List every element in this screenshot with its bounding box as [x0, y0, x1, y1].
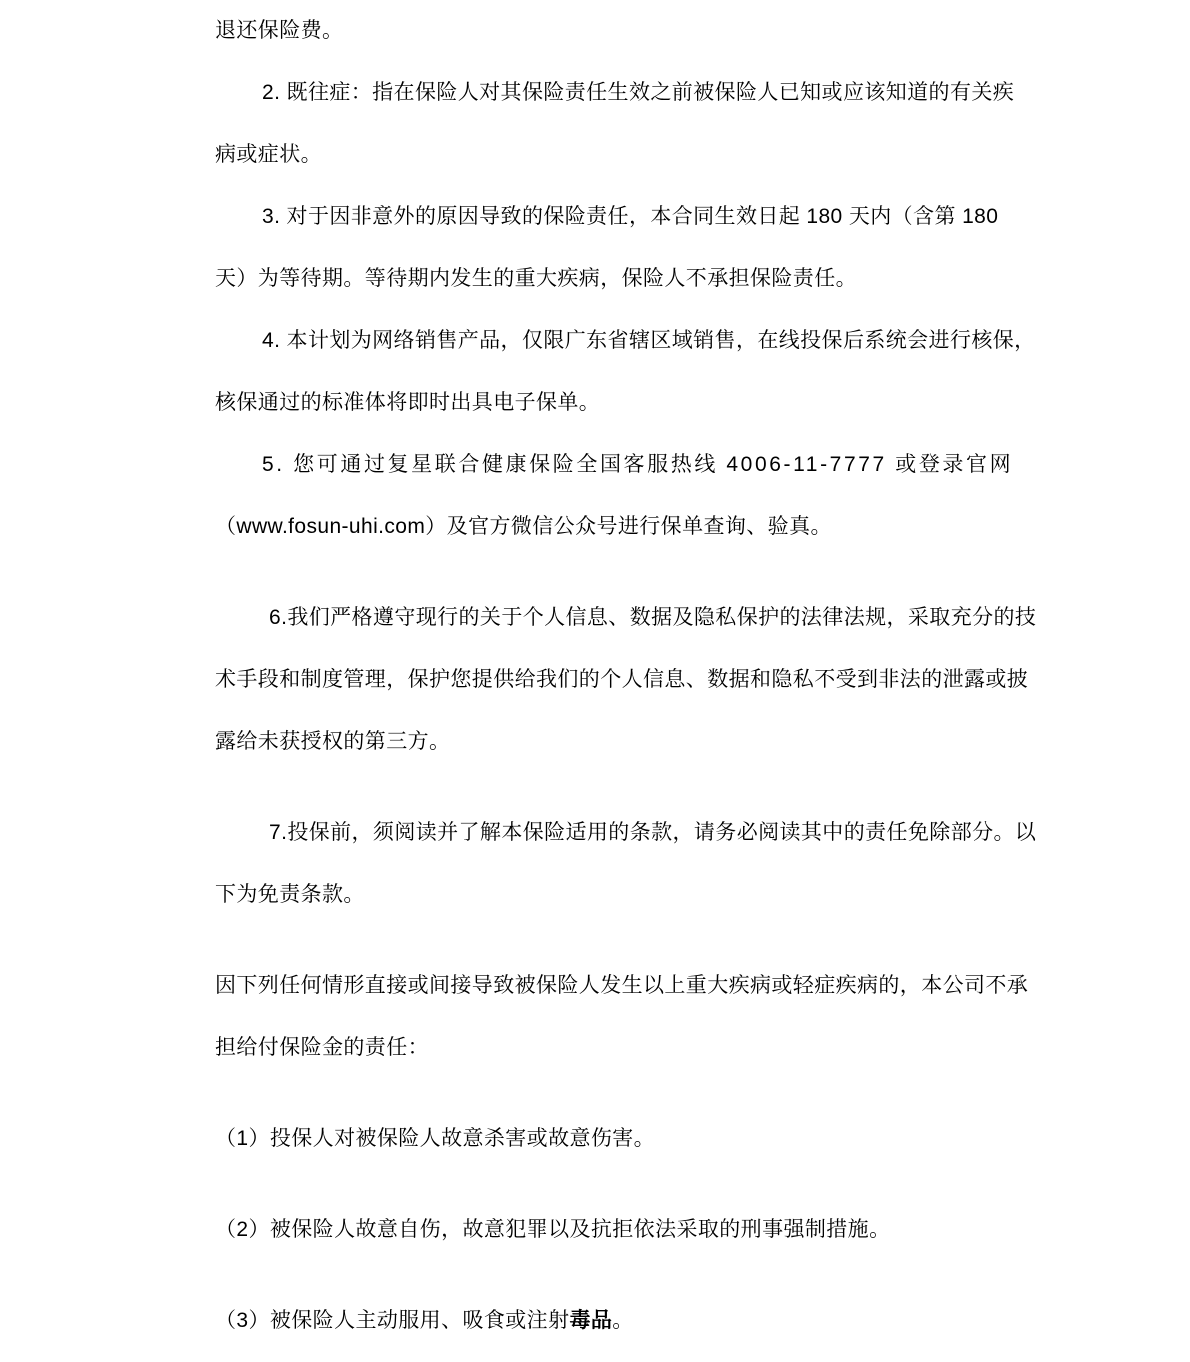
exclusion-item-2: （2）被保险人故意自伤，故意犯罪以及抗拒依法采取的刑事强制措施。 — [215, 1199, 1050, 1261]
text-line: 4. 本计划为网络销售产品，仅限广东省辖区域销售，在线投保后系统会进行核保， — [215, 310, 1050, 372]
text-line: 7.投保前，须阅读并了解本保险适用的条款，请务必阅读其中的责任免除部分。以 — [215, 802, 1050, 864]
text-line: 6.我们严格遵守现行的关于个人信息、数据及隐私保护的法律法规，采取充分的技 — [215, 587, 1050, 649]
clause-2-preexisting-conditions: 2. 既往症：指在保险人对其保险责任生效之前被保险人已知或应该知道的有关疾 病或… — [215, 62, 1050, 186]
exclusion-3-bold-term: 毒品 — [569, 1309, 612, 1332]
text-line-hotline: 5. 您可通过复星联合健康保险全国客服热线 4006-11-7777 或登录官网 — [215, 434, 1050, 496]
text-line: 2. 既往症：指在保险人对其保险责任生效之前被保险人已知或应该知道的有关疾 — [215, 62, 1050, 124]
exclusion-item-1: （1）投保人对被保险人故意杀害或故意伤害。 — [215, 1108, 1050, 1170]
text-line: （2）被保险人故意自伤，故意犯罪以及抗拒依法采取的刑事强制措施。 — [215, 1199, 1050, 1261]
text-line-website: （www.fosun-uhi.com）及官方微信公众号进行保单查询、验真。 — [215, 496, 1050, 558]
text-line: 术手段和制度管理，保护您提供给我们的个人信息、数据和隐私不受到非法的泄露或披 — [215, 649, 1050, 711]
exclusion-item-3: （3）被保险人主动服用、吸食或注射毒品。 — [215, 1290, 1050, 1352]
text-line: 天）为等待期。等待期内发生的重大疾病，保险人不承担保险责任。 — [215, 248, 1050, 310]
text-line: 病或症状。 — [215, 124, 1050, 186]
paragraph-return-premium-fragment: 退还保险费。 — [215, 0, 1050, 62]
clause-5-service-hotline: 5. 您可通过复星联合健康保险全国客服热线 4006-11-7777 或登录官网… — [215, 434, 1050, 558]
text-line: 因下列任何情形直接或间接导致被保险人发生以上重大疾病或轻症疾病的，本公司不承 — [215, 955, 1050, 1017]
text-line: （1）投保人对被保险人故意杀害或故意伤害。 — [215, 1108, 1050, 1170]
clause-7-read-terms: 7.投保前，须阅读并了解本保险适用的条款，请务必阅读其中的责任免除部分。以 下为… — [215, 802, 1050, 926]
text-line: 下为免责条款。 — [215, 864, 1050, 926]
exclusion-intro: 因下列任何情形直接或间接导致被保险人发生以上重大疾病或轻症疾病的，本公司不承 担… — [215, 955, 1050, 1079]
exclusion-3-text: （3）被保险人主动服用、吸食或注射 — [215, 1309, 569, 1332]
text-line: 核保通过的标准体将即时出具电子保单。 — [215, 372, 1050, 434]
text-line: 退还保险费。 — [215, 0, 1050, 62]
exclusion-3-period: 。 — [612, 1309, 633, 1332]
document-page: 退还保险费。 2. 既往症：指在保险人对其保险责任生效之前被保险人已知或应该知道… — [0, 0, 1190, 1362]
text-line: 担给付保险金的责任： — [215, 1017, 1050, 1079]
text-line: 露给未获授权的第三方。 — [215, 711, 1050, 773]
text-line: （3）被保险人主动服用、吸食或注射毒品。 — [215, 1290, 1050, 1352]
text-line: 3. 对于因非意外的原因导致的保险责任，本合同生效日起 180 天内（含第 18… — [215, 186, 1050, 248]
clause-3-waiting-period: 3. 对于因非意外的原因导致的保险责任，本合同生效日起 180 天内（含第 18… — [215, 186, 1050, 310]
clause-4-sales-channel: 4. 本计划为网络销售产品，仅限广东省辖区域销售，在线投保后系统会进行核保， 核… — [215, 310, 1050, 434]
clause-6-privacy-protection: 6.我们严格遵守现行的关于个人信息、数据及隐私保护的法律法规，采取充分的技 术手… — [215, 587, 1050, 773]
